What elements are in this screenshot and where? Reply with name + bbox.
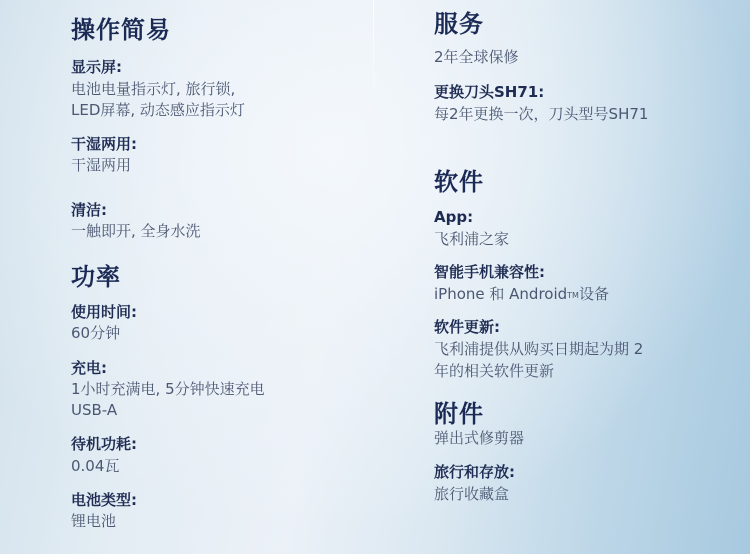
section-title-service: 服务 bbox=[434, 10, 484, 38]
section-title-ease-of-use: 操作简易 bbox=[71, 16, 171, 44]
value-software-update-line1: 飞利浦提供从购买日期起为期 2 bbox=[434, 338, 643, 360]
label-wet-dry: 干湿两用: bbox=[71, 134, 137, 154]
label-charging: 充电: bbox=[71, 358, 107, 378]
value-charging-line2: USB-A bbox=[71, 399, 117, 421]
label-replacement-head: 更换刀头SH71: bbox=[434, 82, 544, 102]
label-standby-power: 待机功耗: bbox=[71, 434, 137, 454]
trademark-mark: TM bbox=[567, 291, 579, 300]
label-app: App: bbox=[434, 207, 473, 227]
value-phone-compat-main: iPhone 和 Android bbox=[434, 285, 567, 303]
value-software-update-line2: 年的相关软件更新 bbox=[434, 360, 554, 382]
label-run-time: 使用时间: bbox=[71, 302, 137, 322]
value-trimmer: 弹出式修剪器 bbox=[434, 427, 524, 449]
value-battery-type: 锂电池 bbox=[71, 510, 116, 532]
label-battery-type: 电池类型: bbox=[71, 490, 137, 510]
section-title-accessories: 附件 bbox=[434, 400, 484, 428]
value-phone-compat: iPhone 和 AndroidTM设备 bbox=[434, 283, 609, 305]
value-display-line2: LED屏幕, 动态感应指示灯 bbox=[71, 99, 245, 121]
value-travel-storage: 旅行收藏盒 bbox=[434, 483, 509, 505]
value-run-time: 60分钟 bbox=[71, 322, 120, 344]
value-display-line1: 电池电量指示灯, 旅行锁, bbox=[71, 78, 235, 100]
label-display: 显示屏: bbox=[71, 57, 122, 77]
value-replacement-head: 每2年更换一次，刀头型号SH71 bbox=[434, 103, 648, 125]
value-charging-line1: 1小时充满电, 5分钟快速充电 bbox=[71, 378, 265, 400]
value-standby-power: 0.04瓦 bbox=[71, 455, 119, 477]
value-warranty: 2年全球保修 bbox=[434, 46, 519, 68]
value-cleaning: 一触即开, 全身水洗 bbox=[71, 220, 201, 242]
label-travel-storage: 旅行和存放: bbox=[434, 462, 515, 482]
label-cleaning: 清洁: bbox=[71, 200, 107, 220]
value-app: 飞利浦之家 bbox=[434, 228, 509, 250]
value-wet-dry: 干湿两用 bbox=[71, 154, 131, 176]
value-phone-compat-suffix: 设备 bbox=[579, 285, 609, 303]
section-title-software: 软件 bbox=[434, 168, 484, 196]
column-divider bbox=[373, 0, 374, 120]
section-title-power: 功率 bbox=[71, 263, 121, 291]
label-software-update: 软件更新: bbox=[434, 317, 500, 337]
label-phone-compat: 智能手机兼容性: bbox=[434, 262, 545, 282]
